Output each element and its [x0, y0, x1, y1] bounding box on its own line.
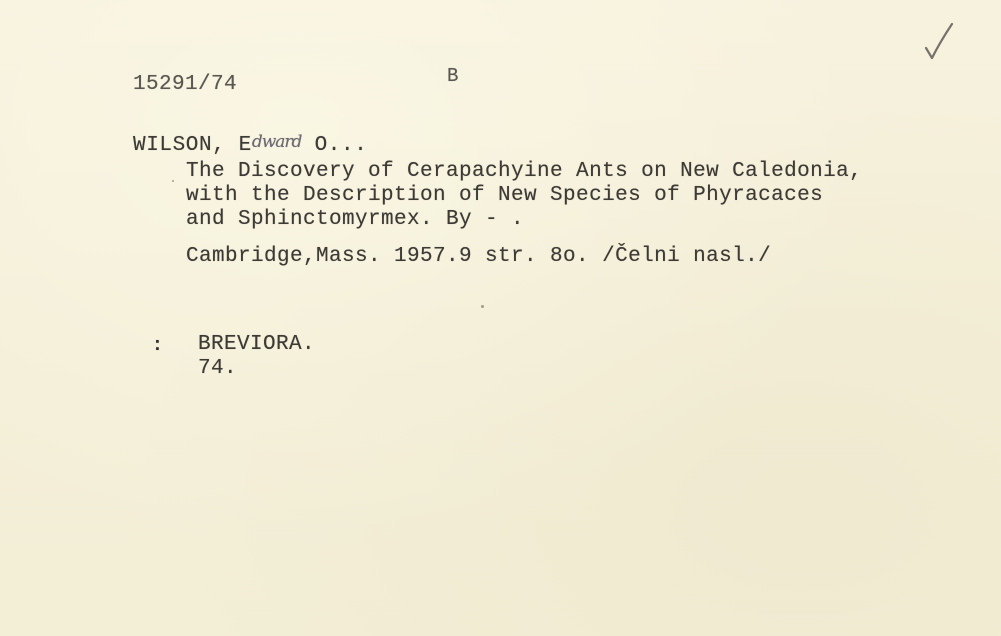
catalog-card: 15291/74 B WILSON, Edward O... The Disco…	[0, 0, 1001, 636]
title-line-1: The Discovery of Cerapachyine Ants on Ne…	[186, 161, 862, 182]
call-number: 15291/74	[133, 74, 237, 95]
author-initial: E	[239, 134, 252, 157]
imprint-line: Cambridge,Mass. 1957.9 str. 8o. /Čelni n…	[186, 246, 771, 267]
series-marker: :	[152, 336, 163, 357]
author-rest: O...	[301, 134, 367, 157]
author-heading: WILSON, Edward O...	[133, 135, 367, 156]
paper-speck	[481, 305, 484, 308]
series-number: 74.	[198, 358, 237, 379]
series-name: BREVIORA.	[198, 334, 315, 355]
paper-speck	[172, 180, 174, 182]
checkmark-icon	[922, 20, 956, 62]
author-surname: WILSON,	[133, 134, 239, 157]
handwritten-given-name: dward	[252, 132, 302, 152]
location-mark: B	[447, 66, 459, 87]
title-line-3: and Sphinctomyrmex. By - .	[186, 209, 524, 230]
title-line-2: with the Description of New Species of P…	[186, 185, 823, 206]
